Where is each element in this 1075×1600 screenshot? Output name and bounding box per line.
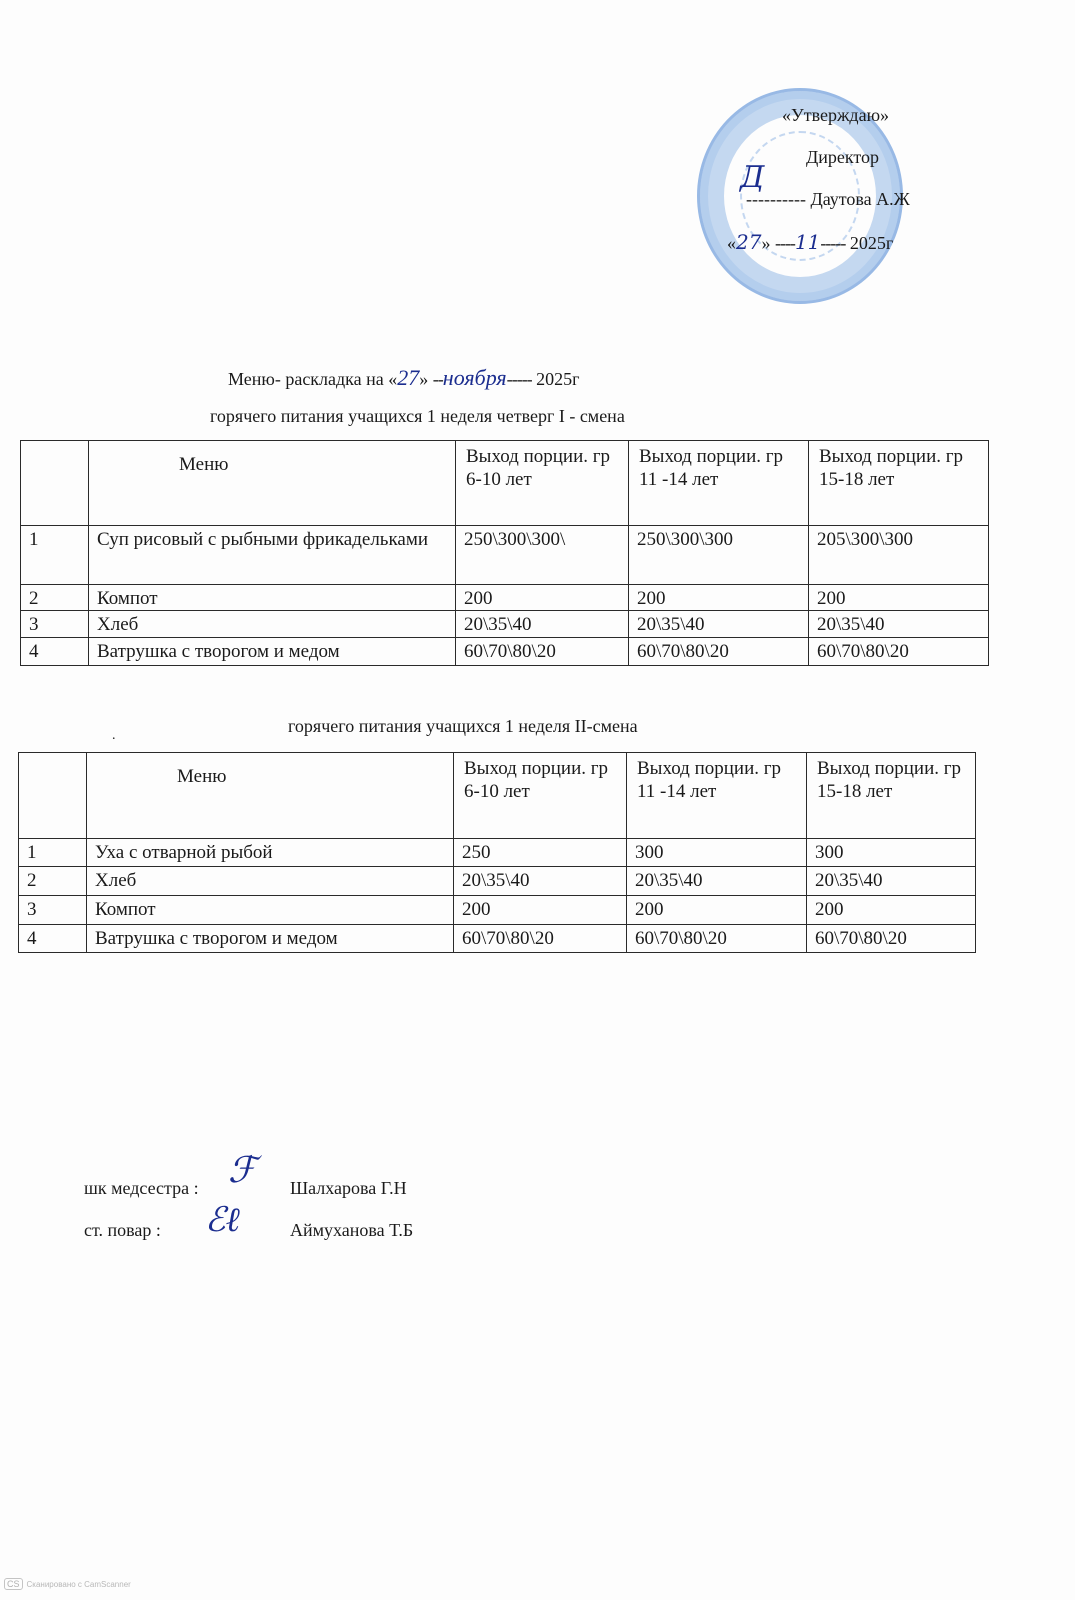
scanner-watermark: CSСканировано с CamScanner — [4, 1578, 131, 1590]
header-11-14: Выход порции. гр 11 -14 лет — [627, 753, 807, 839]
section1-title: горячего питания учащихся 1 неделя четве… — [210, 406, 625, 427]
table-row: 1 Уха с отварной рыбой 250 300 300 — [19, 839, 976, 867]
signature-nurse-role: шк медсестра : — [84, 1178, 199, 1199]
table-row: 2 Хлеб 20\35\40 20\35\40 20\35\40 — [19, 867, 976, 896]
menu-table-shift1: Меню Выход порции. гр 6-10 лет Выход пор… — [20, 440, 989, 666]
header-num — [19, 753, 87, 839]
scanner-text: Сканировано с CamScanner — [27, 1580, 131, 1589]
header-11-14: Выход порции. гр 11 -14 лет — [629, 441, 809, 526]
title-prefix: Меню- раскладка на — [228, 369, 384, 389]
camscanner-icon: CS — [4, 1578, 23, 1590]
signature-nurse-name: Шалхарова Г.Н — [290, 1178, 407, 1199]
approval-date-year: 2025г — [850, 233, 893, 253]
section2-title: горячего питания учащихся 1 неделя II-см… — [288, 716, 638, 737]
table-row: 3 Компот 200 200 200 — [19, 896, 976, 925]
approval-role: Директор — [806, 148, 879, 166]
approval-date-close: » — [761, 233, 770, 253]
header-15-18: Выход порции. гр 15-18 лет — [809, 441, 989, 526]
approval-name: ---------- Даутова А.Ж — [746, 190, 910, 208]
approval-date-open: « — [727, 233, 736, 253]
title-month: ноября — [443, 365, 507, 390]
approval-date-day: 27 — [736, 230, 761, 254]
signature-cook-role: ст. повар : — [84, 1220, 161, 1241]
header-num — [21, 441, 89, 526]
title-day: 27 — [397, 365, 419, 390]
table-row: 4 Ватрушка с творогом и медом 60\70\80\2… — [21, 638, 989, 666]
table-header-row: Меню Выход порции. гр 6-10 лет Выход пор… — [19, 753, 976, 839]
table-row: 3 Хлеб 20\35\40 20\35\40 20\35\40 — [21, 611, 989, 638]
signature-cook-name: Аймуханова Т.Б — [290, 1220, 413, 1241]
header-6-10: Выход порции. гр 6-10 лет — [456, 441, 629, 526]
cook-signature-mark: ℰℓ — [205, 1200, 240, 1240]
document-title: Меню- раскладка на «27» --ноября----- 20… — [228, 365, 580, 391]
header-6-10: Выход порции. гр 6-10 лет — [454, 753, 627, 839]
title-year: 2025г — [536, 369, 579, 389]
approval-title: «Утверждаю» — [782, 106, 889, 124]
header-menu: Меню — [89, 441, 456, 526]
approval-date-month: 11 — [795, 230, 820, 254]
approval-date: «27» ----11----- 2025г — [727, 232, 893, 252]
stray-dot: . — [112, 728, 116, 744]
table-header-row: Меню Выход порции. гр 6-10 лет Выход пор… — [21, 441, 989, 526]
header-menu: Меню — [87, 753, 454, 839]
table-row: 1 Суп рисовый с рыбными фрикадельками 25… — [21, 526, 989, 585]
table-row: 2 Компот 200 200 200 — [21, 585, 989, 611]
table-row: 4 Ватрушка с творогом и медом 60\70\80\2… — [19, 925, 976, 953]
menu-table-shift2: Меню Выход порции. гр 6-10 лет Выход пор… — [18, 752, 976, 953]
header-15-18: Выход порции. гр 15-18 лет — [807, 753, 976, 839]
nurse-signature-mark: ℱ — [228, 1150, 256, 1191]
